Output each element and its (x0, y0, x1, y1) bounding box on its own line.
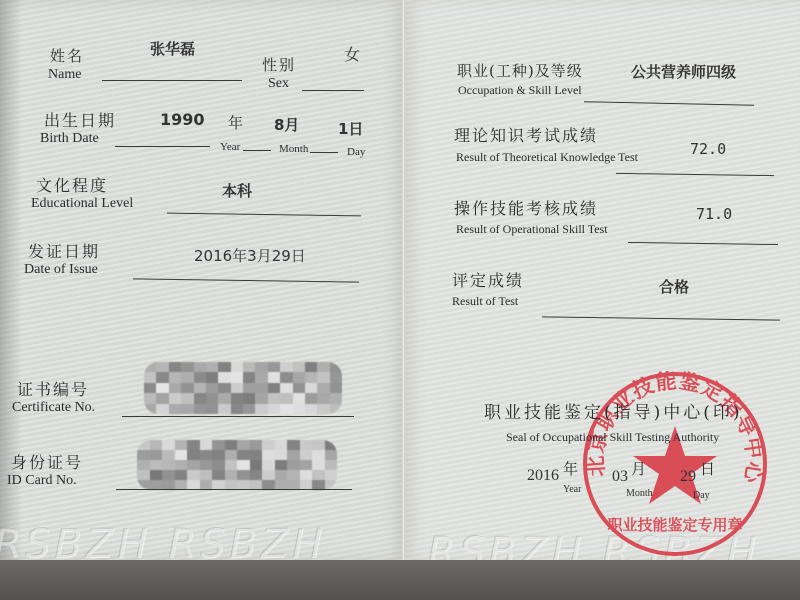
name-value: 张华磊 (150, 38, 195, 59)
birth-day-en: Day (347, 146, 365, 158)
id-card-label-en: ID Card No. (7, 473, 77, 489)
certificate-no-label-cn: 证书编号 (17, 377, 89, 400)
seal-label-en: Seal of Occupational Skill Testing Autho… (506, 430, 719, 445)
operation-value: 71.0 (696, 205, 732, 223)
education-label-en: Educational Level (31, 196, 133, 212)
certificate-no-underline (122, 416, 354, 417)
id-card-redacted (137, 440, 337, 490)
result-label-cn: 评定成绩 (452, 268, 524, 291)
birth-month-en: Month (279, 143, 308, 155)
sex-underline (302, 90, 364, 91)
birth-date-label-cn: 出生日期 (44, 108, 116, 131)
theory-label-en: Result of Theoretical Knowledge Test (456, 150, 638, 165)
operation-underline (628, 242, 778, 245)
result-underline (542, 316, 780, 320)
certificate-no-label-en: Certificate No. (12, 400, 95, 416)
seal-month-value: 03 (612, 468, 628, 486)
id-card-label-cn: 身份证号 (11, 450, 83, 473)
name-underline (102, 80, 242, 81)
birth-year-value: 1990 (160, 110, 205, 129)
operation-label-cn: 操作技能考核成绩 (454, 196, 598, 219)
watermark-left: RSBZH RSBZH (0, 522, 327, 560)
occupation-value: 公共营养师四级 (631, 61, 736, 82)
seal-month-cn: 月 (631, 458, 648, 479)
operation-label-en: Result of Operational Skill Test (456, 222, 608, 237)
seal-year-cn: 年 (563, 458, 580, 479)
issue-date-underline (133, 278, 359, 282)
seal-year-en: Year (563, 484, 581, 495)
background-surface (0, 560, 800, 600)
sex-label-en: Sex (268, 76, 289, 92)
seal-day-value: 29 (680, 468, 696, 486)
birth-date-label-en: Birth Date (40, 131, 99, 147)
issue-date-value: 2016年3月29日 (194, 245, 306, 266)
result-value: 合格 (659, 276, 689, 297)
seal-day-en: Day (693, 490, 710, 501)
id-card-underline (116, 489, 352, 490)
seal-day-cn: 日 (700, 458, 717, 479)
seal-year-value: 2016 (527, 467, 559, 485)
education-label-cn: 文化程度 (36, 173, 108, 196)
book-spine (402, 0, 405, 560)
issue-date-label-en: Date of Issue (24, 262, 98, 278)
theory-underline (616, 173, 774, 176)
birth-year-cn: 年 (228, 112, 245, 133)
seal-month-en: Month (626, 488, 653, 499)
education-value: 本科 (222, 180, 252, 201)
theory-label-cn: 理论知识考试成绩 (454, 123, 598, 146)
occupation-label-en: Occupation & Skill Level (458, 83, 582, 98)
svg-text:职业技能鉴定专用章: 职业技能鉴定专用章 (607, 516, 742, 534)
official-seal-stamp: 北京职业技能鉴定指导中心 职业技能鉴定专用章 (575, 364, 775, 564)
education-underline (167, 213, 361, 217)
left-page: 姓名 Name 张华磊 性别 Sex 女 出生日期 Birth Date 199… (0, 0, 404, 560)
sex-value: 女 (344, 42, 360, 65)
birth-year-en: Year (220, 141, 240, 153)
name-label-en: Name (48, 67, 81, 83)
sex-label-cn: 性别 (262, 54, 296, 75)
certificate-no-redacted (144, 362, 342, 414)
birth-day-value: 1日 (338, 118, 363, 139)
birth-year-underline (115, 146, 210, 147)
seal-label-cn: 职业技能鉴定(指导)中心(印) (484, 398, 743, 423)
result-label-en: Result of Test (452, 294, 518, 309)
birth-day-underline (310, 152, 338, 153)
occupation-underline (584, 101, 754, 106)
issue-date-label-cn: 发证日期 (28, 239, 100, 262)
birth-month-underline (243, 150, 271, 151)
theory-value: 72.0 (690, 140, 726, 158)
name-label-cn: 姓名 (50, 45, 84, 66)
birth-month-value: 8月 (274, 114, 299, 135)
occupation-label-cn: 职业(工种)及等级 (457, 60, 583, 81)
